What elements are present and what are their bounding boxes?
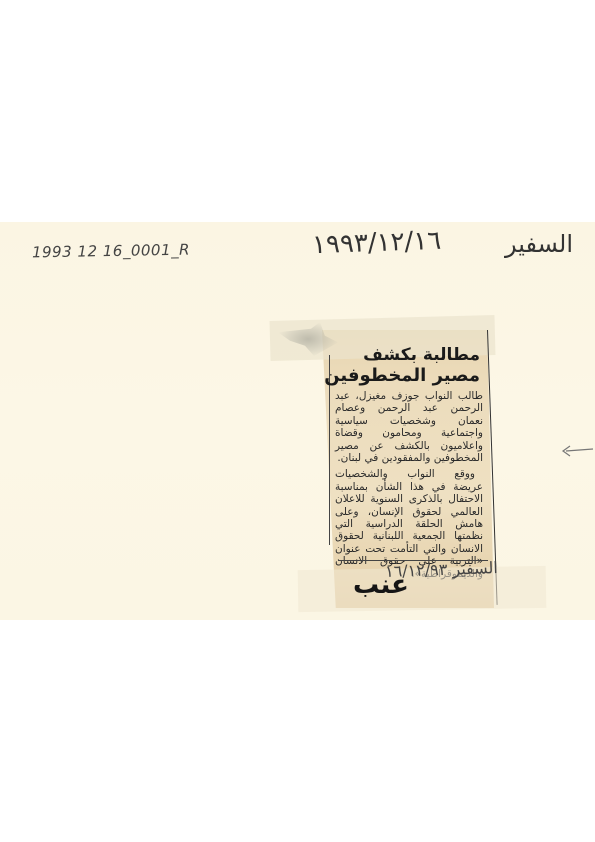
headline-line-1: مطالبة بكشف — [363, 345, 480, 365]
header-date: ١٩٩٣/١٢/١٦ — [312, 226, 442, 260]
article-body: طالب النواب جوزف مغيزل، عبد الرحمن عبد ا… — [335, 390, 483, 580]
archive-sheet — [0, 222, 595, 620]
article-paragraph: طالب النواب جوزف مغيزل، عبد الرحمن عبد ا… — [335, 390, 483, 464]
header-source: السفير — [505, 230, 573, 258]
archive-reference: 1993 12 16_0001_R — [32, 241, 190, 262]
stamp-label: عنب — [353, 570, 409, 600]
headline-line-2: مصير المخطوفين — [324, 366, 480, 386]
left-arrow-icon — [560, 444, 594, 458]
